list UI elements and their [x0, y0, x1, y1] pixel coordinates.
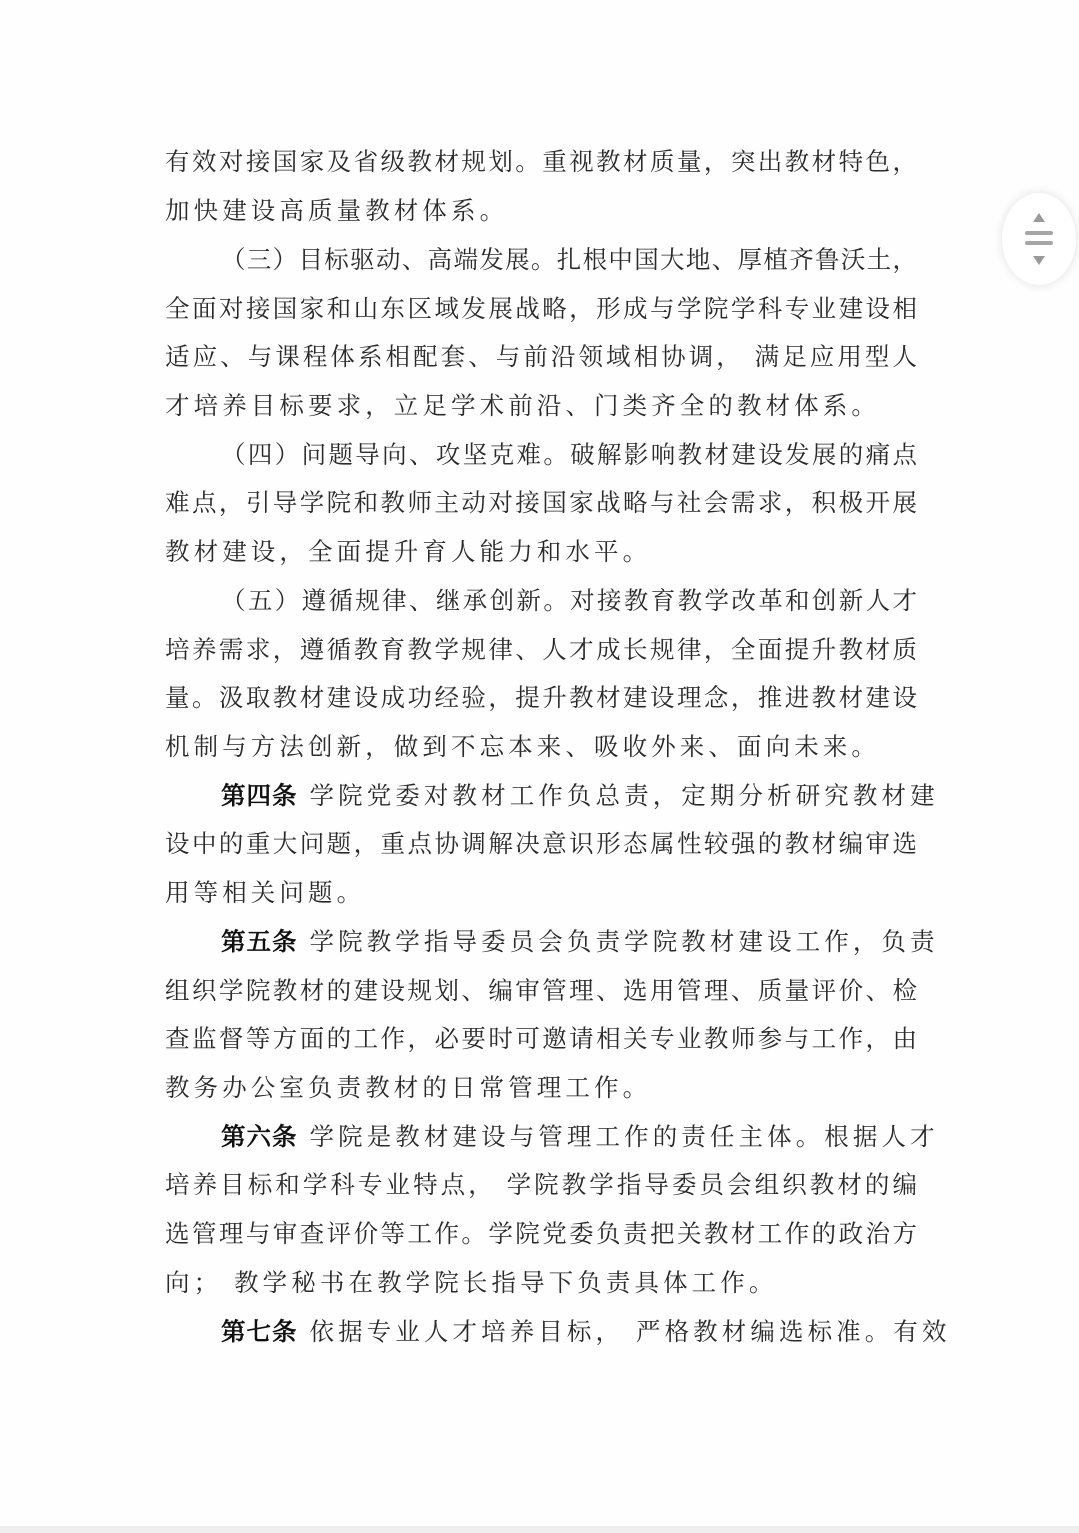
bottom-edge-bar: [0, 1526, 1079, 1533]
text-line: 组织学院教材的建设规划、编审管理、选用管理、质量评价、检: [165, 974, 917, 1008]
article-7-label: 第七条: [221, 1317, 298, 1346]
scroll-up-arrow-icon: [1033, 213, 1045, 222]
text-line: 全面对接国家和山东区域发展战略，形成与学院学科专业建设相: [165, 292, 917, 326]
text-line: 有效对接国家及省级教材规划。重视教材质量，突出教材特色，: [165, 145, 917, 179]
text-line: 加快建设高质量教材体系。: [165, 194, 917, 228]
fast-scroll-handle[interactable]: [1002, 193, 1076, 285]
text-line: 设中的重大问题，重点协调解决意识形态属性较强的教材编审选: [165, 827, 917, 861]
article-4-text: 学院党委对教材工作负总责，定期分析研究教材建: [310, 781, 939, 810]
document-page: 有效对接国家及省级教材规划。重视教材质量，突出教材特色， 加快建设高质量教材体系…: [0, 0, 1079, 1526]
scroll-down-arrow-icon: [1033, 256, 1045, 265]
text-line: 培养需求，遵循教育教学规律、人才成长规律，全面提升教材质: [165, 633, 917, 667]
section-3-heading-line: （三）目标驱动、高端发展。扎根中国大地、厚植齐鲁沃土，: [221, 243, 917, 277]
text-line: 查监督等方面的工作，必要时可邀请相关专业教师参与工作，由: [165, 1022, 917, 1056]
scroll-grip-icon: [1025, 231, 1053, 235]
article-5-line: 第五条学院教学指导委员会负责学院教材建设工作，负责: [221, 925, 917, 959]
article-7-text: 依据专业人才培养目标， 严格教材编选标准。有效: [310, 1317, 951, 1346]
text-line: 培养目标和学科专业特点， 学院教学指导委员会组织教材的编: [165, 1168, 917, 1202]
article-6-text: 学院是教材建设与管理工作的责任主体。根据人才: [310, 1122, 939, 1151]
article-5-label: 第五条: [221, 927, 298, 956]
text-line: 适应、与课程体系相配套、与前沿领域相协调， 满足应用型人: [165, 340, 917, 374]
text-line: 向； 教学秘书在教学院长指导下负责具体工作。: [165, 1266, 917, 1300]
text-line: 选管理与审查评价等工作。学院党委负责把关教材工作的政治方: [165, 1217, 917, 1251]
article-7-line: 第七条依据专业人才培养目标， 严格教材编选标准。有效: [221, 1315, 917, 1349]
section-5-heading-line: （五）遵循规律、继承创新。对接教育教学改革和创新人才: [221, 584, 917, 618]
text-line: 机制与方法创新，做到不忘本来、吸收外来、面向未来。: [165, 730, 917, 764]
text-line: 量。汲取教材建设成功经验，提升教材建设理念，推进教材建设: [165, 681, 917, 715]
text-line: 难点，引导学院和教师主动对接国家战略与社会需求，积极开展: [165, 486, 917, 520]
text-line: 教务办公室负责教材的日常管理工作。: [165, 1071, 917, 1105]
section-4-heading-line: （四）问题导向、攻坚克难。破解影响教材建设发展的痛点: [221, 438, 917, 472]
article-6-label: 第六条: [221, 1122, 298, 1151]
text-line: 才培养目标要求，立足学术前沿、门类齐全的教材体系。: [165, 389, 917, 423]
article-4-line: 第四条学院党委对教材工作负总责，定期分析研究教材建: [221, 779, 917, 813]
text-line: 用等相关问题。: [165, 876, 917, 910]
article-6-line: 第六条学院是教材建设与管理工作的责任主体。根据人才: [221, 1120, 917, 1154]
article-4-label: 第四条: [221, 781, 298, 810]
scroll-grip-icon: [1025, 241, 1053, 245]
article-5-text: 学院教学指导委员会负责学院教材建设工作，负责: [310, 927, 939, 956]
text-line: 教材建设，全面提升育人能力和水平。: [165, 535, 917, 569]
